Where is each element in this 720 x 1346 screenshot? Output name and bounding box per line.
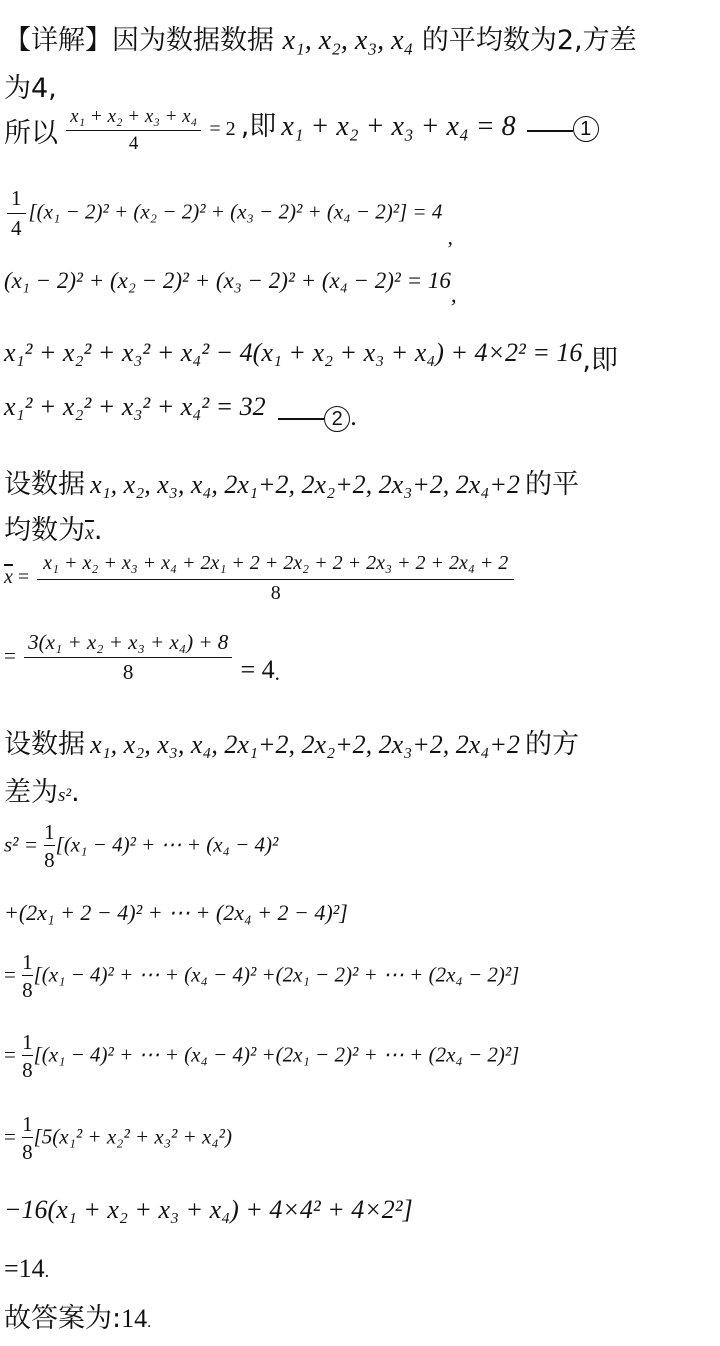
line-variance-continued: +(2x₁ + 2 − 4)² + ⋯ + (2x₄ + 2 − 4)²] [4, 900, 348, 926]
line-set-mean: 设数据 x₁, x₂, x₃, x₄, 2x₁+2, 2x₂+2, 2x₃+2,… [4, 462, 579, 501]
underline-dash [527, 130, 573, 132]
answer-value: 14 [121, 1304, 147, 1333]
line-mean-equation: 所以 x₁ + x₂ + x₃ + x₄ 4 = 2 ,即 x₁ + x₂ + … [4, 104, 599, 155]
line-mean-formula: x = x₁ + x₂ + x₃ + x₄ + 2x₁ + 2 + 2x₂ + … [4, 552, 517, 605]
line-sum-squares-32: x₁² + x₂² + x₃² + x₄² = 32 2. [4, 392, 357, 422]
data-variables: x₁, x₂, x₃, x₄ [283, 25, 414, 56]
line-variance-formula: s² = 1 8 [(x₁ − 4)² + ⋯ + (x₄ − 4)² [4, 820, 278, 873]
mean-fraction: x₁ + x₂ + x₃ + x₄ 4 [66, 106, 201, 155]
line-sum-squares-16: (x₁ − 2)² + (x₂ − 2)² + (x₃ − 2)² + (x₄ … [4, 268, 457, 294]
so-label: 所以 [4, 118, 58, 149]
circled-marker-1: 1 [573, 116, 599, 142]
eight-data-list: x₁, x₂, x₃, x₄, 2x₁+2, 2x₂+2, 2x₃+2, 2x₄… [90, 470, 520, 499]
line-final-answer: 故答案为:14. [4, 1296, 151, 1335]
intro-text: 的平均数为2,方差 [422, 25, 637, 56]
intro-label: 【详解】因为数据数据 [4, 25, 274, 56]
line-variance-result: =14. [4, 1254, 49, 1284]
line-variance-def: 1 4 [(x₁ − 2)² + (x₂ − 2)² + (x₃ − 2)² +… [4, 186, 453, 241]
circled-marker-2: 2 [324, 406, 350, 432]
sum-equation: x₁ + x₂ + x₃ + x₄ = 8 [281, 111, 515, 142]
line-variance-tail: −16(x₁ + x₂ + x₃ + x₄) + 4×4² + 4×2²] [4, 1195, 413, 1225]
line-variance-symbol: 差为s². [4, 770, 80, 809]
line-variance-simplified-2: = 1 8 [(x₁ − 4)² + ⋯ + (x₄ − 4)² +(2x₁ −… [4, 1030, 519, 1083]
line-mean-result: = 3(x₁ + x₂ + x₃ + x₄) + 8 8 = 4. [4, 630, 280, 685]
line-variance-simplified-1: = 1 8 [(x₁ − 4)² + ⋯ + (x₄ − 4)² +(2x₁ −… [4, 950, 519, 1003]
line-intro: 【详解】因为数据数据 x₁, x₂, x₃, x₄ 的平均数为2,方差 [4, 18, 637, 57]
line-mean-symbol: 均数为x. [4, 508, 102, 547]
line-expanded: x₁² + x₂² + x₃² + x₄² − 4(x₁ + x₂ + x₃ +… [4, 330, 618, 369]
line-variance-expanded: = 1 8 [5(x₁² + x₂² + x₃² + x₄²) [4, 1112, 232, 1165]
line-variance-given: 为4, [4, 66, 57, 105]
line-set-variance: 设数据 x₁, x₂, x₃, x₄, 2x₁+2, 2x₂+2, 2x₃+2,… [4, 722, 579, 761]
